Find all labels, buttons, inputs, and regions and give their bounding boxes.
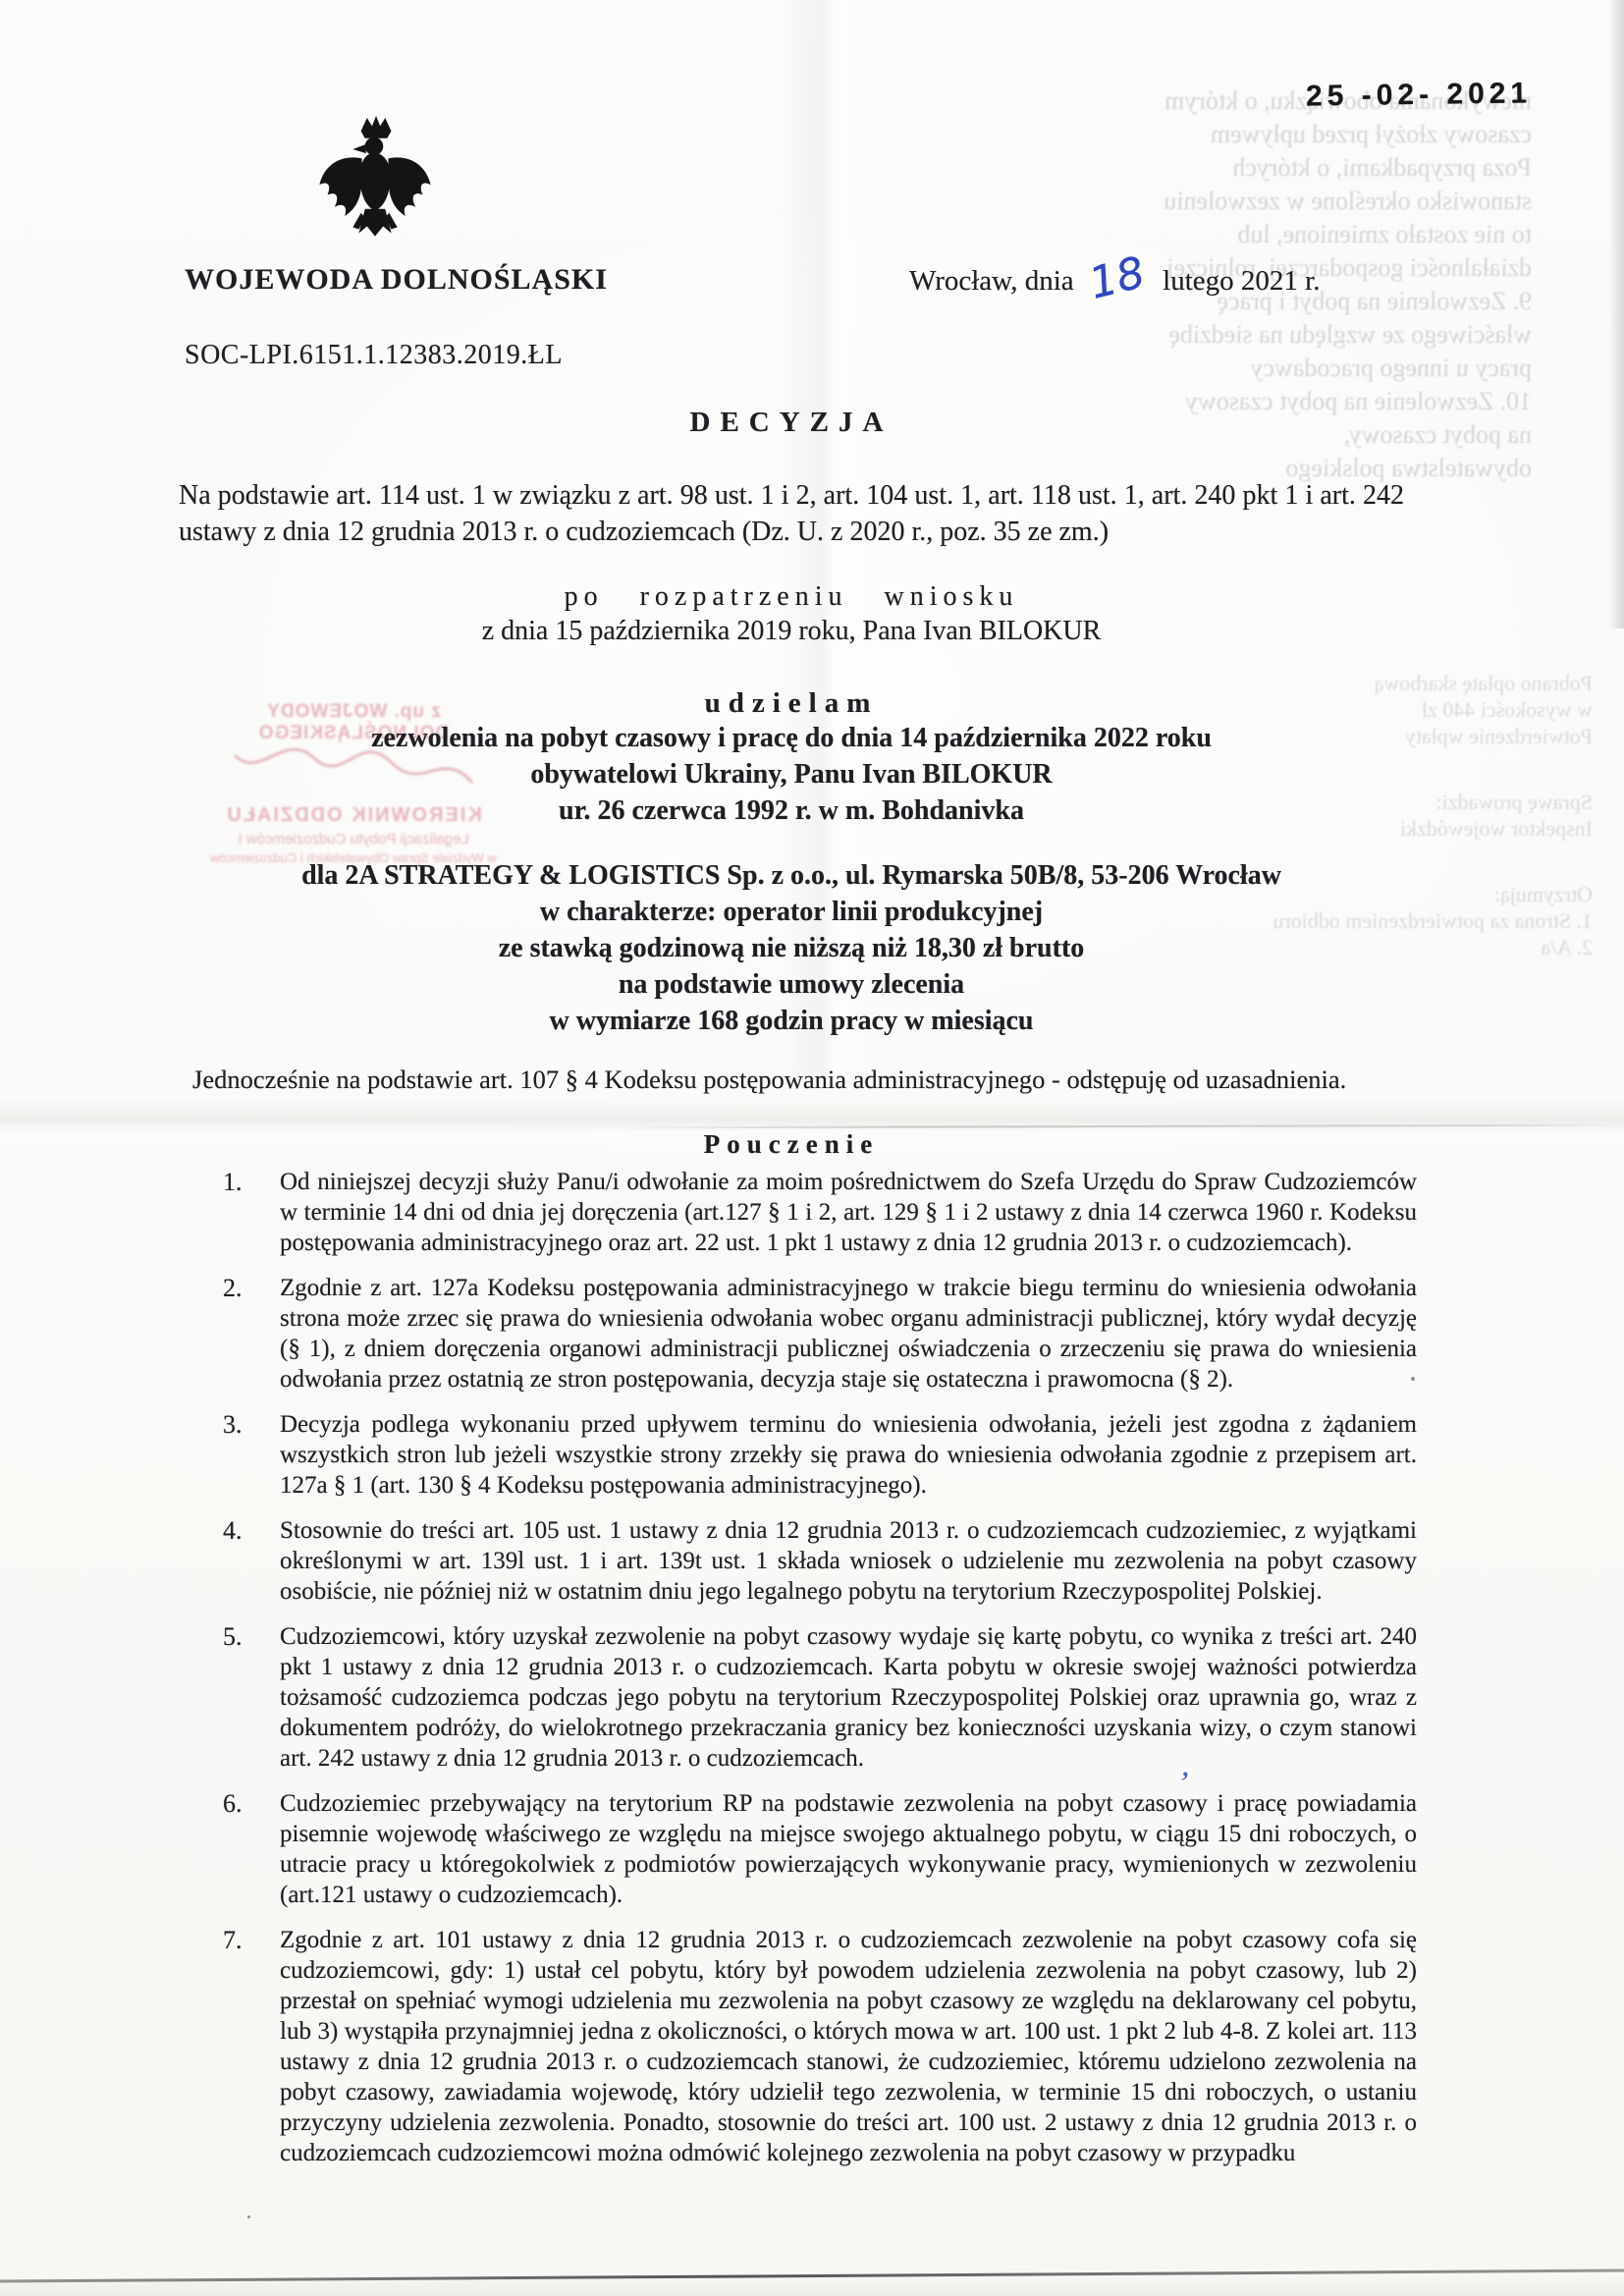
- instruction-item: 5. Cudzoziemcowi, który uzyskał zezwolen…: [223, 1621, 1417, 1774]
- consideration-line: po rozpatrzeniu wniosku: [94, 581, 1489, 613]
- instruction-number: 5.: [223, 1621, 280, 1774]
- instruction-header: Pouczenie: [94, 1129, 1489, 1160]
- place-date-suffix: lutego 2021 r.: [1163, 265, 1320, 297]
- instruction-text: Cudzoziemiec przebywający na terytorium …: [280, 1788, 1417, 1910]
- instruction-item: 7. Zgodnie z art. 101 ustawy z dnia 12 g…: [223, 1925, 1417, 2168]
- bleedthrough-stamp-line: Legalizacji Pobytu Cudzoziemców I: [201, 831, 506, 847]
- employer-line-wage: ze stawką godzinową nie niższą niż 18,30…: [94, 933, 1489, 964]
- instruction-item: 6. Cudzoziemiec przebywający na terytori…: [223, 1788, 1417, 1910]
- instruction-text: Zgodnie z art. 127a Kodeksu postępowania…: [280, 1273, 1417, 1394]
- instruction-number: 2.: [223, 1273, 280, 1394]
- employer-line-company: dla 2A STRATEGY & LOGISTICS Sp. z o.o., …: [94, 860, 1489, 892]
- instruction-number: 1.: [223, 1167, 280, 1258]
- bleedthrough-line: to nie zostało zmienione, lub: [550, 218, 1532, 251]
- instruction-item: 1. Od niniejszej decyzji służy Panu/i od…: [223, 1167, 1417, 1258]
- instruction-number: 3.: [223, 1409, 280, 1501]
- instruction-number: 7.: [223, 1925, 280, 2168]
- grant-line-person: obywatelowi Ukrainy, Panu Ivan BILOKUR: [94, 759, 1489, 791]
- application-line: z dnia 15 października 2019 roku, Pana I…: [94, 616, 1489, 647]
- received-date-stamp: 25 -02- 2021: [1306, 77, 1533, 113]
- bleedthrough-line: stanowisko określone w zezwoleniu: [550, 185, 1532, 218]
- scan-speck: [247, 2215, 250, 2218]
- decision-title: DECYZJA: [94, 407, 1489, 439]
- place-date-prefix: Wrocław, dnia: [909, 265, 1074, 297]
- scan-right-edge-shadow: [1608, 0, 1624, 629]
- authority-name: WOJEWODA DOLNOŚLĄSKI: [185, 263, 608, 297]
- justification-waiver: Jednocześnie na podstawie art. 107 § 4 K…: [192, 1065, 1410, 1095]
- bleedthrough-line: Poza przypadkami, o których: [550, 151, 1532, 185]
- instruction-list: 1. Od niniejszej decyzji służy Panu/i od…: [223, 1167, 1417, 2183]
- instruction-item: 4. Stosownie do treści art. 105 ust. 1 u…: [223, 1515, 1417, 1607]
- instruction-text: Zgodnie z art. 101 ustawy z dnia 12 grud…: [280, 1925, 1417, 2168]
- instruction-item: 3. Decyzja podlega wykonaniu przed upływ…: [223, 1409, 1417, 1501]
- instruction-text: Decyzja podlega wykonaniu przed upływem …: [280, 1409, 1417, 1501]
- handwritten-day: 18: [1090, 272, 1143, 286]
- scanned-decision-page: niewykonania obowiązku, o którym czasowy…: [0, 0, 1624, 2296]
- grant-line-period: zezwolenia na pobyt czasowy i pracę do d…: [94, 723, 1489, 754]
- instruction-number: 4.: [223, 1515, 280, 1607]
- instruction-text: Cudzoziemcowi, który uzyskał zezwolenie …: [280, 1621, 1417, 1774]
- polish-eagle-emblem: [314, 114, 436, 249]
- employer-line-position: w charakterze: operator linii produkcyjn…: [94, 897, 1489, 928]
- bleedthrough-line: czasowy złożył przed upływem: [550, 118, 1532, 151]
- legal-basis-paragraph: Na podstawie art. 114 ust. 1 w związku z…: [179, 477, 1404, 550]
- scan-bottom-shadow: [0, 2276, 1624, 2296]
- grant-keyword: udzielam: [94, 687, 1489, 720]
- case-number: SOC-LPI.6151.1.12383.2019.ŁL: [185, 340, 563, 371]
- instruction-text: Stosownie do treści art. 105 ust. 1 usta…: [280, 1515, 1417, 1607]
- scan-speck: [1411, 1377, 1415, 1381]
- instruction-item: 2. Zgodnie z art. 127a Kodeksu postępowa…: [223, 1273, 1417, 1394]
- grant-line-birth: ur. 26 czerwca 1992 r. w m. Bohdanivka: [94, 795, 1489, 827]
- employer-line-contract: na podstawie umowy zlecenia: [94, 969, 1489, 1001]
- bleedthrough-line: właściwego ze względu na siedzibę: [550, 318, 1532, 352]
- instruction-number: 6.: [223, 1788, 280, 1910]
- instruction-text: Od niniejszej decyzji służy Panu/i odwoł…: [280, 1167, 1417, 1258]
- place-and-date: Wrocław, dnia 18 lutego 2021 r.: [909, 265, 1320, 298]
- employer-line-hours: w wymiarze 168 godzin pracy w miesiącu: [94, 1006, 1489, 1037]
- bleedthrough-line: pracy u innego pracodawcy: [550, 352, 1532, 385]
